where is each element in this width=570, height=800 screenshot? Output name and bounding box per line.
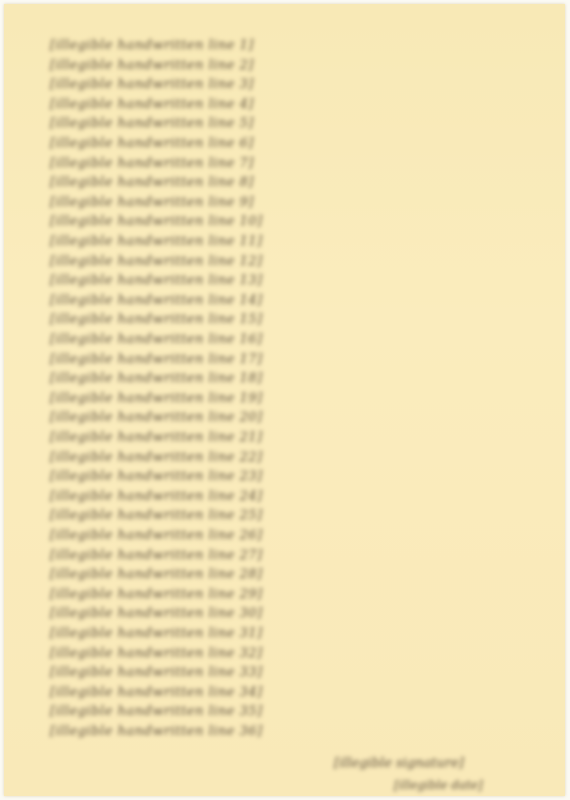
dateline: [illegible date] xyxy=(394,778,483,792)
handwritten-line: [illegible handwritten line 10] xyxy=(50,214,530,228)
handwritten-line: [illegible handwritten line 3] xyxy=(50,77,510,91)
handwritten-line: [illegible handwritten line 31] xyxy=(50,626,520,640)
handwritten-line: [illegible handwritten line 9] xyxy=(50,195,520,209)
handwritten-line: [illegible handwritten line 14] xyxy=(50,293,530,307)
handwritten-line: [illegible handwritten line 33] xyxy=(50,665,520,679)
handwritten-line: [illegible handwritten line 22] xyxy=(50,450,530,464)
signature: [illegible signature] xyxy=(334,756,464,771)
handwritten-line: [illegible handwritten line 20] xyxy=(50,410,520,424)
handwritten-line: [illegible handwritten line 13] xyxy=(50,273,380,287)
handwritten-line: [illegible handwritten line 36] xyxy=(50,724,450,738)
handwritten-line: [illegible handwritten line 30] xyxy=(50,606,530,620)
handwritten-line: [illegible handwritten line 35] xyxy=(50,704,520,718)
handwritten-line: [illegible handwritten line 32] xyxy=(50,646,520,660)
handwritten-line: [illegible handwritten line 28] xyxy=(50,567,530,581)
handwritten-line: [illegible handwritten line 8] xyxy=(50,175,520,189)
handwritten-line: [illegible handwritten line 29] xyxy=(50,587,530,601)
handwritten-line: [illegible handwritten line 4] xyxy=(50,97,520,111)
handwritten-line: [illegible handwritten line 18] xyxy=(50,371,520,385)
handwritten-line: [illegible handwritten line 25] xyxy=(50,508,470,522)
handwritten-line: [illegible handwritten line 19] xyxy=(50,391,530,405)
handwritten-line: [illegible handwritten line 23] xyxy=(50,469,510,483)
handwritten-line: [illegible handwritten line 21] xyxy=(50,430,530,444)
handwritten-line: [illegible handwritten line 16] xyxy=(50,332,530,346)
handwritten-line: [illegible handwritten line 27] xyxy=(50,548,530,562)
handwritten-line: [illegible handwritten line 7] xyxy=(50,156,520,170)
handwritten-line: [illegible handwritten line 34] xyxy=(50,685,520,699)
handwritten-line: [illegible handwritten line 5] xyxy=(50,116,530,130)
handwritten-line: [illegible handwritten line 12] xyxy=(50,254,520,268)
handwritten-line: [illegible handwritten line 6] xyxy=(50,136,530,150)
handwritten-line: [illegible handwritten line 24] xyxy=(50,489,520,503)
handwritten-line: [illegible handwritten line 15] xyxy=(50,312,520,326)
letter-page: [illegible handwritten line 1][illegible… xyxy=(4,4,565,796)
handwritten-line: [illegible handwritten line 17] xyxy=(50,352,530,366)
handwritten-line: [illegible handwritten line 1] xyxy=(50,38,510,52)
handwritten-line: [illegible handwritten line 11] xyxy=(50,234,520,248)
handwritten-line: [illegible handwritten line 2] xyxy=(50,58,520,72)
handwritten-line: [illegible handwritten line 26] xyxy=(50,528,530,542)
